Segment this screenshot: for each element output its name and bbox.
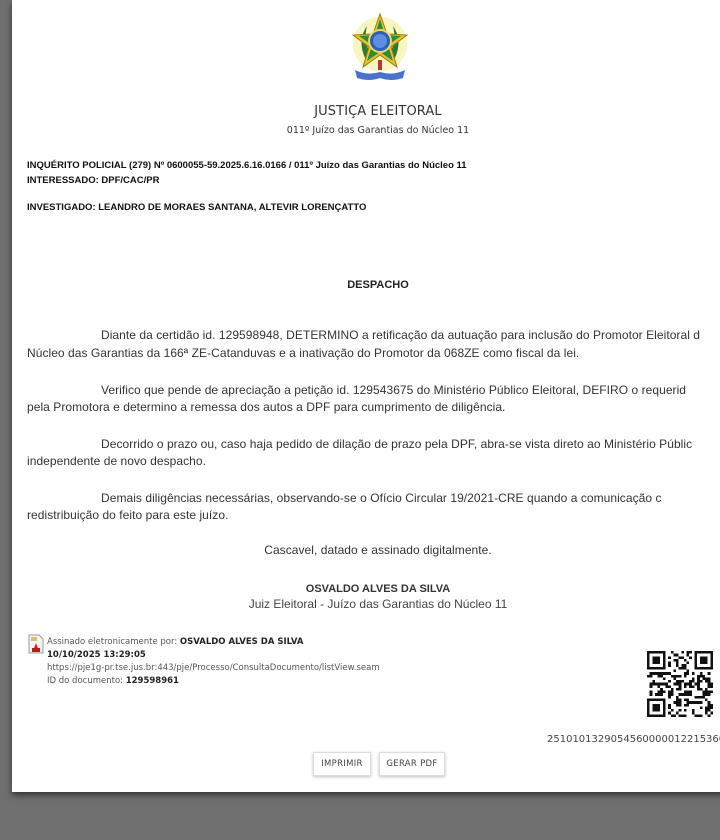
paragraph-line: Demais diligências necessárias, observan… [101,491,662,505]
esign-label: Assinado eletronicamente por: [47,637,180,647]
signer-name: OSVALDO ALVES DA SILVA [12,583,720,595]
paragraph-line: pela Promotora e determino a remessa dos… [27,400,505,414]
closing-line: Cascavel, datado e assinado digitalmente… [12,543,720,557]
generate-pdf-button[interactable]: GERAR PDF [379,752,445,776]
court-subtitle: 011º Juízo das Garantias do Núcleo 11 [12,125,720,136]
paragraph-line: Núcleo das Garantias da 166ª ZE-Catanduv… [27,346,579,360]
esign-docid: ID do documento: 129598961 [47,676,179,686]
case-interested-party: INTERESSADO: DPF/CAC/PR [27,175,159,186]
verification-number: 25101013290545600000122153600 [547,734,720,745]
paragraph-line: redistribuição do feito para este juízo. [27,508,228,522]
doc-id-value: 129598961 [126,676,179,686]
document-page: JUSTIÇA ELEITORAL 011º Juízo das Garanti… [12,0,720,792]
esign-line: Assinado eletronicamente por: OSVALDO AL… [47,637,303,647]
case-investigated: INVESTIGADO: LEANDRO DE MORAES SANTANA, … [27,202,366,213]
signer-role: Juiz Eleitoral - Juízo das Garantias do … [12,597,720,611]
pdf-signature-icon [28,634,44,654]
doc-id-label: ID do documento: [47,676,126,686]
paragraph-line: Diante da certidão id. 129598948, DETERM… [101,328,700,342]
esign-datetime: 10/10/2025 13:29:05 [47,650,146,660]
paragraph-line: Decorrido o prazo ou, caso haja pedido d… [101,437,692,451]
qr-code-icon [647,651,713,717]
document-heading: DESPACHO [12,279,720,291]
paragraph-line: Verifico que pende de apreciação a petiç… [101,383,686,397]
esign-url[interactable]: https://pje1g-pr.tse.jus.br:443/pje/Proc… [47,663,380,673]
paragraph-line: independente de novo despacho. [27,454,206,468]
esign-signer: OSVALDO ALVES DA SILVA [180,637,304,647]
case-number: INQUÉRITO POLICIAL (279) Nº 0600055-59.2… [27,160,467,171]
court-title: JUSTIÇA ELEITORAL [12,104,720,119]
brazil-coat-of-arms-icon [347,10,413,86]
print-button[interactable]: IMPRIMIR [313,752,371,776]
